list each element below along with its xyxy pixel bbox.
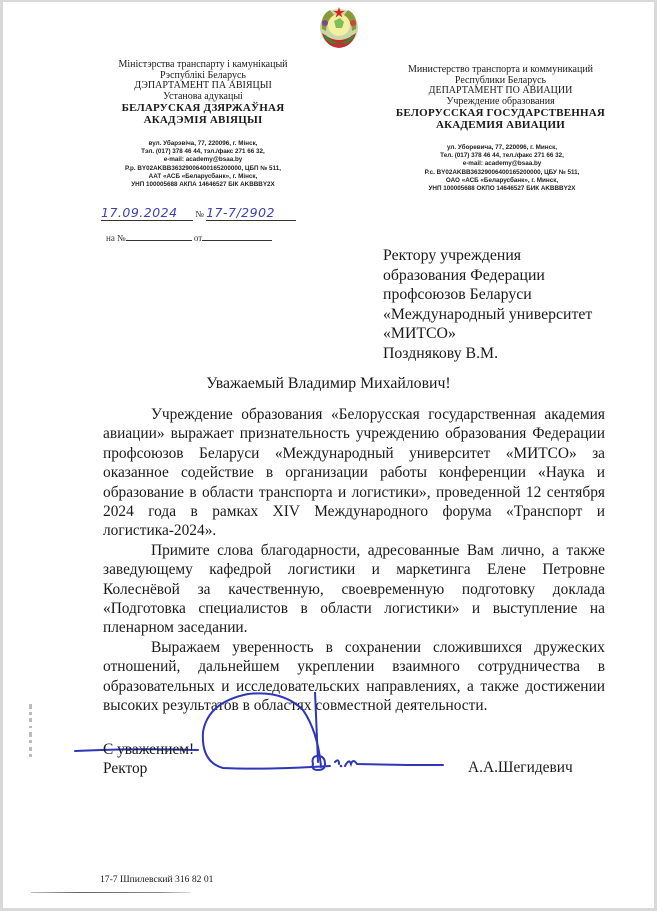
addressee-line: «Международный университет <box>383 305 643 325</box>
addressee-line: «МИТСО» <box>383 324 643 344</box>
signer-position: Ректор <box>103 759 194 778</box>
detail-line: вул. Убарэвіча, 77, 220096, г. Мінск, <box>98 140 308 148</box>
addressee-line: Позднякову В.М. <box>383 344 643 364</box>
letterhead-russian: Министерство транспорта и коммуникаций Р… <box>383 65 618 131</box>
ref-date-blank <box>202 240 272 241</box>
detail-line: ул. Уборевича, 77, 220096, г. Минск, <box>386 144 618 152</box>
org-name: АКАДЕМИЯ АВИАЦИИ <box>383 119 618 131</box>
letterhead-line: Установа адукацыі <box>98 92 308 103</box>
letterhead-line: Міністэрства транспарту і камунікацый <box>98 60 308 71</box>
regards-text: С уважением! <box>103 740 194 759</box>
letterhead-line: Учреждение образования <box>383 97 618 108</box>
org-name: БЕЛОРУССКАЯ ГОСУДАРСТВЕННАЯ <box>383 107 618 119</box>
letterhead-details-russian: ул. Уборевича, 77, 220096, г. Минск, Тел… <box>386 144 618 193</box>
detail-line: e-mail: academy@bsaa.by <box>98 156 308 164</box>
org-name: АКАДЭМІЯ АВІЯЦЫІ <box>98 114 308 126</box>
letter-page: Міністэрства транспарту і камунікацый Рэ… <box>3 2 654 908</box>
ref-number-blank <box>126 240 192 241</box>
detail-line: Тел. (017) 378 46 44, тел./факс 271 66 3… <box>386 152 618 160</box>
incoming-reference: на № от <box>106 233 306 245</box>
outgoing-registration: 17.09.2024 № 17-7/2902 <box>101 205 301 223</box>
letter-body: Учреждение образования «Белорусская госу… <box>103 405 605 716</box>
belarus-coat-of-arms-icon <box>316 3 362 51</box>
signer-name: А.А.Шегидевич <box>468 759 573 777</box>
addressee-line: образования Федерации <box>383 266 643 286</box>
body-paragraph: Примите слова благодарности, адресованны… <box>103 541 605 638</box>
detail-line: ОАО «АСБ «Беларусбанк», г. Минск, <box>386 177 618 185</box>
detail-line: e-mail: academy@bsaa.by <box>386 160 618 168</box>
ref-date-label: от <box>194 233 202 243</box>
detail-line: Тэл. (017) 378 46 44, тэл./факс 271 66 3… <box>98 148 308 156</box>
ref-number-label: на № <box>106 233 126 243</box>
addressee-block: Ректору учреждения образования Федерации… <box>383 246 643 364</box>
detail-line: Р.р. BY02AKBB36329006400165200000, ЦБП №… <box>98 165 308 173</box>
letterhead-belarusian: Міністэрства транспарту і камунікацый Рэ… <box>98 60 308 126</box>
print-mark <box>28 702 34 762</box>
org-name: БЕЛАРУСКАЯ ДЗЯРЖАЎНАЯ <box>98 102 308 114</box>
detail-line: ААТ «АСБ «Беларусбанк», г. Мінск, <box>98 173 308 181</box>
addressee-line: Ректору учреждения <box>383 246 643 266</box>
letterhead-details-belarusian: вул. Убарэвіча, 77, 220096, г. Мінск, Тэ… <box>98 140 308 189</box>
executor-note: 17-7 Шпилевский 316 82 01 <box>100 874 213 885</box>
detail-line: УНП 100005688 АКПА 14646527 БІК AKBBBY2X <box>98 181 308 189</box>
number-label: № <box>195 209 204 219</box>
addressee-line: профсоюзов Беларуси <box>383 285 643 305</box>
salutation: Уважаемый Владимир Михайлович! <box>3 375 654 393</box>
body-paragraph: Учреждение образования «Белорусская госу… <box>103 405 605 541</box>
closing-block: С уважением! Ректор <box>103 740 194 778</box>
footer-divider <box>31 892 191 893</box>
registration-number: 17-7/2902 <box>206 205 296 221</box>
registration-date: 17.09.2024 <box>101 205 193 221</box>
detail-line: Р.с. BY02AKBB36329006400165200000, ЦБУ №… <box>386 169 618 177</box>
letterhead-line: Министерство транспорта и коммуникаций <box>383 65 618 76</box>
detail-line: УНП 100005688 ОКПО 14646527 БИК AKBBBY2X <box>386 185 618 193</box>
